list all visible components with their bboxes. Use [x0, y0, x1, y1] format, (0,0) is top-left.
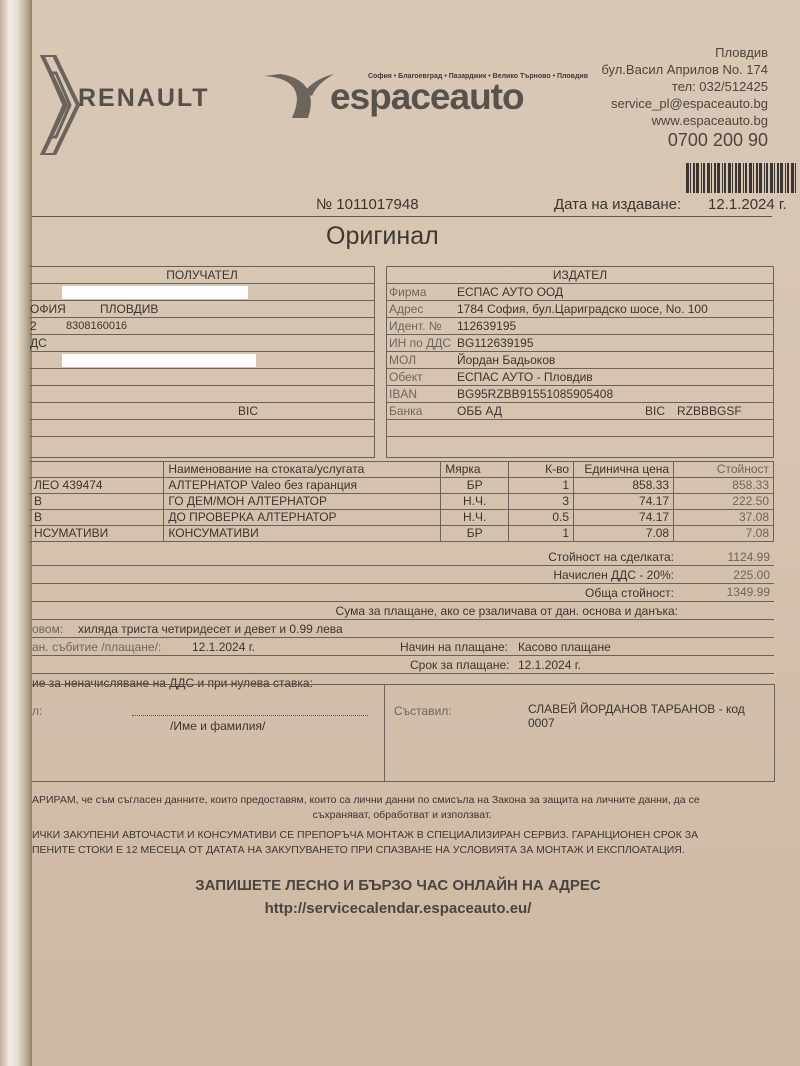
composer-label: Съставил:	[394, 704, 452, 718]
issuer-bic-value: RZBBBGSF	[677, 403, 742, 419]
item-price: 858.33	[574, 478, 674, 494]
item-price: 74.17	[574, 494, 674, 510]
recipient-row-empty	[30, 437, 374, 453]
issuer-field-value: ЕСПАС АУТО ООД	[457, 284, 563, 300]
grand-total-value: 1349.99	[727, 585, 770, 599]
redacted-name	[62, 286, 248, 299]
item-row: ВДО ПРОВЕРКА АЛТЕРНАТОРН.Ч.0.574.1737.08	[30, 510, 774, 526]
barcode-icon	[686, 163, 798, 193]
col-header-unit: Мярка	[441, 462, 509, 478]
signature-box: л: /Име и фамилия/ Съставил: СЛАВЕЙ ЙОРД…	[32, 684, 775, 782]
contact-web: www.espaceauto.bg	[601, 112, 768, 129]
issue-date: 12.1.2024 г.	[708, 196, 787, 213]
item-price: 7.08	[574, 526, 674, 542]
amount-words: хиляда триста четиридесет и девет и 0.99…	[78, 622, 343, 636]
recipient-name-row	[30, 284, 374, 301]
recipient-id-number: 8308160016	[66, 318, 127, 334]
item-total: 858.33	[674, 478, 774, 494]
issuer-field-row: IBANBG95RZBB91551085905408	[387, 386, 773, 403]
recipient-vat-row: ДС	[30, 335, 374, 352]
issuer-field-label: МОЛ	[389, 352, 416, 368]
subtotal-row: Стойност на сделката: 1124.99	[32, 548, 774, 566]
item-unit: БР	[441, 526, 509, 542]
recipient-title: ПОЛУЧАТЕЛ	[30, 267, 374, 284]
tax-event-date: 12.1.2024 г.	[192, 640, 255, 654]
receiver-signature-line[interactable]	[132, 715, 368, 716]
tax-event-row: ан. събитие /плащане/: 12.1.2024 г. Начи…	[32, 638, 774, 656]
recipient-city-label: ОФИЯ	[30, 301, 66, 317]
grand-total-row: Обща стойност: 1349.99	[32, 584, 774, 602]
warranty-line-2: ПЕНИТЕ СТОКИ Е 12 МЕСЕЦА ОТ ДАТАТА НА ЗА…	[32, 843, 772, 858]
item-total: 222.50	[674, 494, 774, 510]
item-total: 37.08	[674, 510, 774, 526]
renault-logo-icon	[40, 55, 80, 155]
consent-line-2: съхраняват, обработват и използват.	[32, 808, 772, 823]
due-date-label: Срок за плащане:	[410, 658, 509, 672]
item-unit: БР	[441, 478, 509, 494]
col-header-name: Наименование на стоката/услугата	[164, 462, 441, 478]
item-code: НСУМАТИВИ	[30, 526, 164, 542]
contact-city: Пловдив	[601, 44, 768, 61]
issuer-field-label: Адрес	[389, 301, 423, 317]
item-row: ЛЕО 439474АЛТЕРНАТОР Valeo без гаранцияБ…	[30, 478, 774, 494]
redacted-address	[62, 354, 256, 367]
issuer-field-value: 112639195	[457, 318, 516, 334]
item-qty: 1	[509, 526, 574, 542]
cta-url[interactable]: http://servicecalendar.espaceauto.eu/	[14, 900, 782, 917]
issuer-field-row: ИН по ДДСBG112639195	[387, 335, 773, 352]
subtotal-label: Стойност на сделката:	[548, 550, 674, 564]
item-name: КОНСУМАТИВИ	[164, 526, 441, 542]
vat-row: Начислен ДДС - 20%: 225.00	[32, 566, 774, 584]
issuer-bic-label: BIC	[645, 403, 665, 419]
item-qty: 0.5	[509, 510, 574, 526]
vat-label: Начислен ДДС - 20%:	[553, 568, 674, 582]
issuer-field-row: БанкаОББ АДBICRZBBBGSF	[387, 403, 773, 420]
item-qty: 1	[509, 478, 574, 494]
divider	[32, 216, 772, 217]
issuer-row-empty	[387, 437, 773, 453]
contact-address: бул.Васил Априлов No. 174	[601, 61, 768, 78]
composer-name: СЛАВЕЙ ЙОРДАНОВ ТАРБАНОВ - код 0007	[528, 702, 774, 730]
recipient-box: ПОЛУЧАТЕЛ ОФИЯ ПЛОВДИВ 2 8308160016 ДС B…	[30, 266, 375, 458]
contact-email: service_pl@espaceauto.bg	[601, 95, 768, 112]
name-hint: /Име и фамилия/	[170, 719, 265, 733]
payment-method-label: Начин на плащане:	[400, 640, 508, 654]
col-header-price: Единична цена	[574, 462, 674, 478]
issuer-title: ИЗДАТЕЛ	[387, 267, 773, 284]
renault-wordmark: RENAULT	[78, 84, 210, 113]
warranty-line-1: ИЧКИ ЗАКУПЕНИ АВТОЧАСТИ И КОНСУМАТИВИ СЕ…	[32, 828, 772, 843]
recipient-city: ПЛОВДИВ	[100, 301, 158, 317]
signature-divider	[384, 685, 385, 781]
vat-value: 225.00	[733, 568, 770, 582]
issue-date-label: Дата на издаване:	[554, 196, 681, 213]
recipient-id-row: 2 8308160016	[30, 318, 374, 335]
contact-hotline: 0700 200 90	[601, 129, 768, 151]
subtotal-value: 1124.99	[728, 550, 771, 564]
item-name: АЛТЕРНАТОР Valeo без гаранция	[164, 478, 441, 494]
grand-total-label: Обща стойност:	[585, 586, 674, 600]
items-header-row: Наименование на стоката/услугата Мярка К…	[30, 462, 774, 478]
issuer-field-row: МОЛЙордан Бадьоков	[387, 352, 773, 369]
issuer-field-label: Идент. №	[389, 318, 442, 334]
issuer-row-empty	[387, 420, 773, 437]
issuer-field-value: BG112639195	[457, 335, 534, 351]
issuer-field-value: 1784 София, бул.Цариградско шосе, No. 10…	[457, 301, 708, 317]
cta-headline: ЗАПИШЕТЕ ЛЕСНО И БЪРЗО ЧАС ОНЛАЙН НА АДР…	[14, 877, 782, 894]
copy-type: Оригинал	[326, 222, 439, 251]
item-name: ГО ДЕМ/МОН АЛТЕРНАТОР	[164, 494, 441, 510]
issuer-field-label: Фирма	[389, 284, 426, 300]
item-row: ВГО ДЕМ/МОН АЛТЕРНАТОРН.Ч.374.17222.50	[30, 494, 774, 510]
item-price: 74.17	[574, 510, 674, 526]
issuer-field-row: ОбектЕСПАС АУТО - Пловдив	[387, 369, 773, 386]
item-unit: Н.Ч.	[441, 510, 509, 526]
issuer-field-row: Идент. №112639195	[387, 318, 773, 335]
item-qty: 3	[509, 494, 574, 510]
recipient-bic-label: BIC	[238, 403, 258, 419]
consent-text: АРИРАМ, че съм съгласен данните, които п…	[32, 793, 772, 823]
invoice-page: RENAULT София • Благоевград • Пазарджик …	[32, 0, 800, 1066]
item-row: НСУМАТИВИКОНСУМАТИВИБР17.087.08	[30, 526, 774, 542]
issuer-field-value: ОББ АД	[457, 403, 502, 419]
payment-diff-label: Сума за плащане, ако се рзаличава от дан…	[336, 604, 678, 618]
recipient-vat-label: ДС	[30, 335, 47, 351]
receiver-label: л:	[32, 704, 42, 718]
items-table: Наименование на стоката/услугата Мярка К…	[30, 461, 774, 542]
issuer-field-row: Адрес1784 София, бул.Цариградско шосе, N…	[387, 301, 773, 318]
recipient-row-empty	[30, 420, 374, 437]
due-date: 12.1.2024 г.	[518, 658, 581, 672]
issuer-field-label: Банка	[389, 403, 422, 419]
payment-diff-row: Сума за плащане, ако се рзаличава от дан…	[32, 602, 774, 620]
issuer-field-label: IBAN	[389, 386, 417, 402]
col-header-qty: К-во	[509, 462, 574, 478]
recipient-address-row	[30, 352, 374, 369]
warranty-text: ИЧКИ ЗАКУПЕНИ АВТОЧАСТИ И КОНСУМАТИВИ СЕ…	[32, 828, 772, 858]
tax-event-label: ан. събитие /плащане/:	[32, 640, 161, 654]
amount-words-row: овом: хиляда триста четиридесет и девет …	[32, 620, 774, 638]
col-header-code	[30, 462, 164, 478]
issuer-field-value: BG95RZBB91551085905408	[457, 386, 613, 402]
espaceauto-wordmark: espaceauto	[330, 76, 524, 118]
issuer-field-label: ИН по ДДС	[389, 335, 451, 351]
item-code: В	[30, 494, 164, 510]
document-number: № 1011017948	[316, 196, 419, 213]
col-header-total: Стойност	[674, 462, 774, 478]
issuer-field-label: Обект	[389, 369, 423, 385]
payment-method: Касово плащане	[518, 640, 611, 654]
issuer-box: ИЗДАТЕЛ ФирмаЕСПАС АУТО ООДАдрес1784 Соф…	[386, 266, 774, 458]
contact-block: Пловдив бул.Васил Априлов No. 174 тел: 0…	[601, 44, 768, 151]
recipient-city-row: ОФИЯ ПЛОВДИВ	[30, 301, 374, 318]
issuer-field-value: Йордан Бадьоков	[457, 352, 555, 368]
consent-line-1: АРИРАМ, че съм съгласен данните, които п…	[32, 793, 772, 808]
recipient-id-label: 2	[30, 318, 37, 334]
issuer-field-value: ЕСПАС АУТО - Пловдив	[457, 369, 593, 385]
item-total: 7.08	[674, 526, 774, 542]
contact-phone: тел: 032/512425	[601, 78, 768, 95]
item-name: ДО ПРОВЕРКА АЛТЕРНАТОР	[164, 510, 441, 526]
espaceauto-swoosh-icon	[264, 72, 334, 118]
recipient-row-empty	[30, 369, 374, 386]
amount-words-label: овом:	[32, 622, 63, 636]
recipient-row-empty	[30, 386, 374, 403]
issuer-field-row: ФирмаЕСПАС АУТО ООД	[387, 284, 773, 301]
recipient-bic-row: BIC	[30, 403, 374, 420]
item-code: ЛЕО 439474	[30, 478, 164, 494]
item-unit: Н.Ч.	[441, 494, 509, 510]
item-code: В	[30, 510, 164, 526]
due-date-row: Срок за плащане: 12.1.2024 г.	[32, 656, 774, 674]
